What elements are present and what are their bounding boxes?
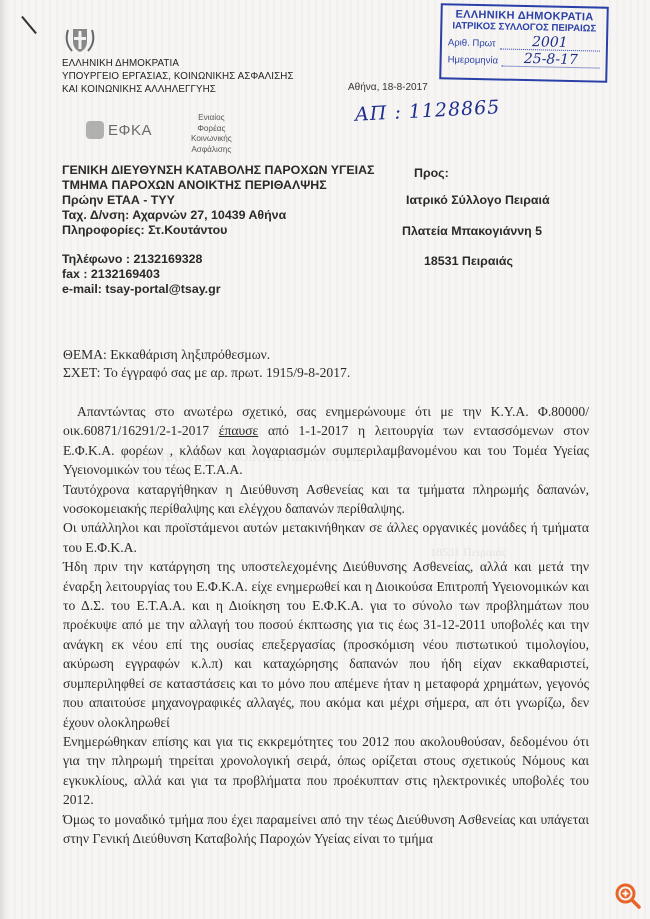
gov-line: ΕΛΛΗΝΙΚΗ ΔΗΜΟΚΡΑΤΙΑ xyxy=(62,57,294,70)
subject-block: ΘΕΜΑ: Εκκαθάριση ληξιπρόθεσμων. ΣΧΕΤ: Το… xyxy=(63,346,350,382)
recipient-label: Προς: xyxy=(414,166,449,180)
body-paragraph: Οι υπάλληλοι και προϊστάμενοι αυτών μετα… xyxy=(63,518,589,557)
sender-email: e-mail: tsay-portal@tsay.gr xyxy=(62,282,375,297)
pen-mark xyxy=(21,16,37,34)
sender-line: ΓΕΝΙΚΗ ΔΙΕΥΘΥΝΣΗ ΚΑΤΑΒΟΛΗΣ ΠΑΡΟΧΩΝ ΥΓΕΙΑ… xyxy=(62,163,375,178)
stamp-protocol-row: Αριθ. Πρωτ 2001 xyxy=(448,33,600,51)
stamp-protocol-label: Αριθ. Πρωτ xyxy=(448,37,496,49)
sender-fax: fax : 2132169403 xyxy=(62,267,375,282)
subject-theme: ΘΕΜΑ: Εκκαθάριση ληξιπρόθεσμων. xyxy=(63,346,350,364)
efka-subtitle-line: Ενιαίος xyxy=(191,113,232,124)
sender-line: Πρώην ΕΤΑΑ - ΤΥΥ xyxy=(62,193,375,208)
stamp-protocol-value: 2001 xyxy=(500,34,601,51)
letter-date: Αθήνα, 18-8-2017 xyxy=(348,82,428,93)
handwritten-reference: ΑΠ : 1128865 xyxy=(355,96,501,126)
protocol-stamp: ΕΛΛΗΝΙΚΗ ΔΗΜΟΚΡΑΤΙΑ ΙΑΤΡΙΚΟΣ ΣΥΛΛΟΓΟΣ ΠΕ… xyxy=(439,3,609,83)
gov-line: ΚΑΙ ΚΟΙΝΩΝΙΚΗΣ ΑΛΛΗΛΕΓΓΥΗΣ xyxy=(62,83,294,96)
recipient-name: Ιατρικό Σύλλογο Πειραιά xyxy=(406,193,550,207)
efka-subtitle: Ενιαίος Φορέας Κοινωνικής Ασφάλισης xyxy=(191,113,232,155)
body-paragraph: Όμως το μοναδικό τμήμα που έχει παραμείν… xyxy=(63,810,589,849)
scan-edge-shadow xyxy=(0,0,8,919)
stamp-date-row: Ημερομηνία 25-8-17 xyxy=(448,50,600,68)
letter-body: Απαντώντας στο ανωτέρω σχετικό, σας ενημ… xyxy=(63,402,589,848)
body-paragraph: Απαντώντας στο ανωτέρω σχετικό, σας ενημ… xyxy=(63,402,589,480)
sender-phone: Τηλέφωνο : 2132169328 xyxy=(62,252,375,267)
stamp-date-value: 25-8-17 xyxy=(502,52,600,69)
body-paragraph: Ταυτόχρονα καταργήθηκαν η Διεύθυνση Ασθε… xyxy=(63,480,589,519)
recipient-address: Πλατεία Μπακογιάννη 5 xyxy=(402,224,542,238)
subject-reference: ΣΧΕΤ: Το έγγραφό σας με αρ. πρωτ. 1915/9… xyxy=(63,364,350,382)
efka-hexagon-icon xyxy=(86,121,104,139)
body-paragraph: Ήδη πριν την κατάργηση της υποστελεχομέν… xyxy=(63,557,589,732)
stamp-date-label: Ημερομηνία xyxy=(448,54,499,66)
efka-logo-text: ΕΦΚΑ xyxy=(108,122,152,139)
sender-line: ΤΜΗΜΑ ΠΑΡΟΧΩΝ ΑΝΟΙΚΤΗΣ ΠΕΡΙΘΑΛΨΗΣ xyxy=(62,178,375,193)
body-paragraph: Ενημερώθηκαν επίσης και για τις εκκρεμότ… xyxy=(63,732,589,810)
sender-line: Πληροφορίες: Στ.Κουτάντου xyxy=(62,223,375,238)
government-header: ΕΛΛΗΝΙΚΗ ΔΗΜΟΚΡΑΤΙΑ ΥΠΟΥΡΓΕΙΟ ΕΡΓΑΣΙΑΣ, … xyxy=(62,57,294,96)
spacer xyxy=(62,238,375,252)
efka-logo: ΕΦΚΑ xyxy=(86,121,152,139)
greek-coat-of-arms-icon xyxy=(62,24,98,56)
sender-block: ΓΕΝΙΚΗ ΔΙΕΥΘΥΝΣΗ ΚΑΤΑΒΟΛΗΣ ΠΑΡΟΧΩΝ ΥΓΕΙΑ… xyxy=(62,163,375,297)
efka-subtitle-line: Κοινωνικής xyxy=(191,134,232,145)
efka-subtitle-line: Φορέας xyxy=(191,124,232,135)
sender-line: Ταχ. Δ/νση: Αχαρνών 27, 10439 Αθήνα xyxy=(62,208,375,223)
zoom-in-icon[interactable] xyxy=(614,882,642,910)
recipient-city: 18531 Πειραιάς xyxy=(424,254,513,268)
efka-subtitle-line: Ασφάλισης xyxy=(191,145,232,156)
gov-line: ΥΠΟΥΡΓΕΙΟ ΕΡΓΑΣΙΑΣ, ΚΟΙΝΩΝΙΚΗΣ ΑΣΦΑΛΙΣΗΣ xyxy=(62,70,294,83)
underlined-word: έπαυσε xyxy=(219,423,258,438)
stamp-subtitle: ΙΑΤΡΙΚΟΣ ΣΥΛΛΟΓΟΣ ΠΕΙΡΑΙΩΣ xyxy=(448,20,600,34)
scanned-letter-page: ΕΛΛΗΝΙΚΗ ΔΗΜΟΚΡΑΤΙΑ ΥΠΟΥΡΓΕΙΟ ΕΡΓΑΣΙΑΣ, … xyxy=(0,0,650,919)
